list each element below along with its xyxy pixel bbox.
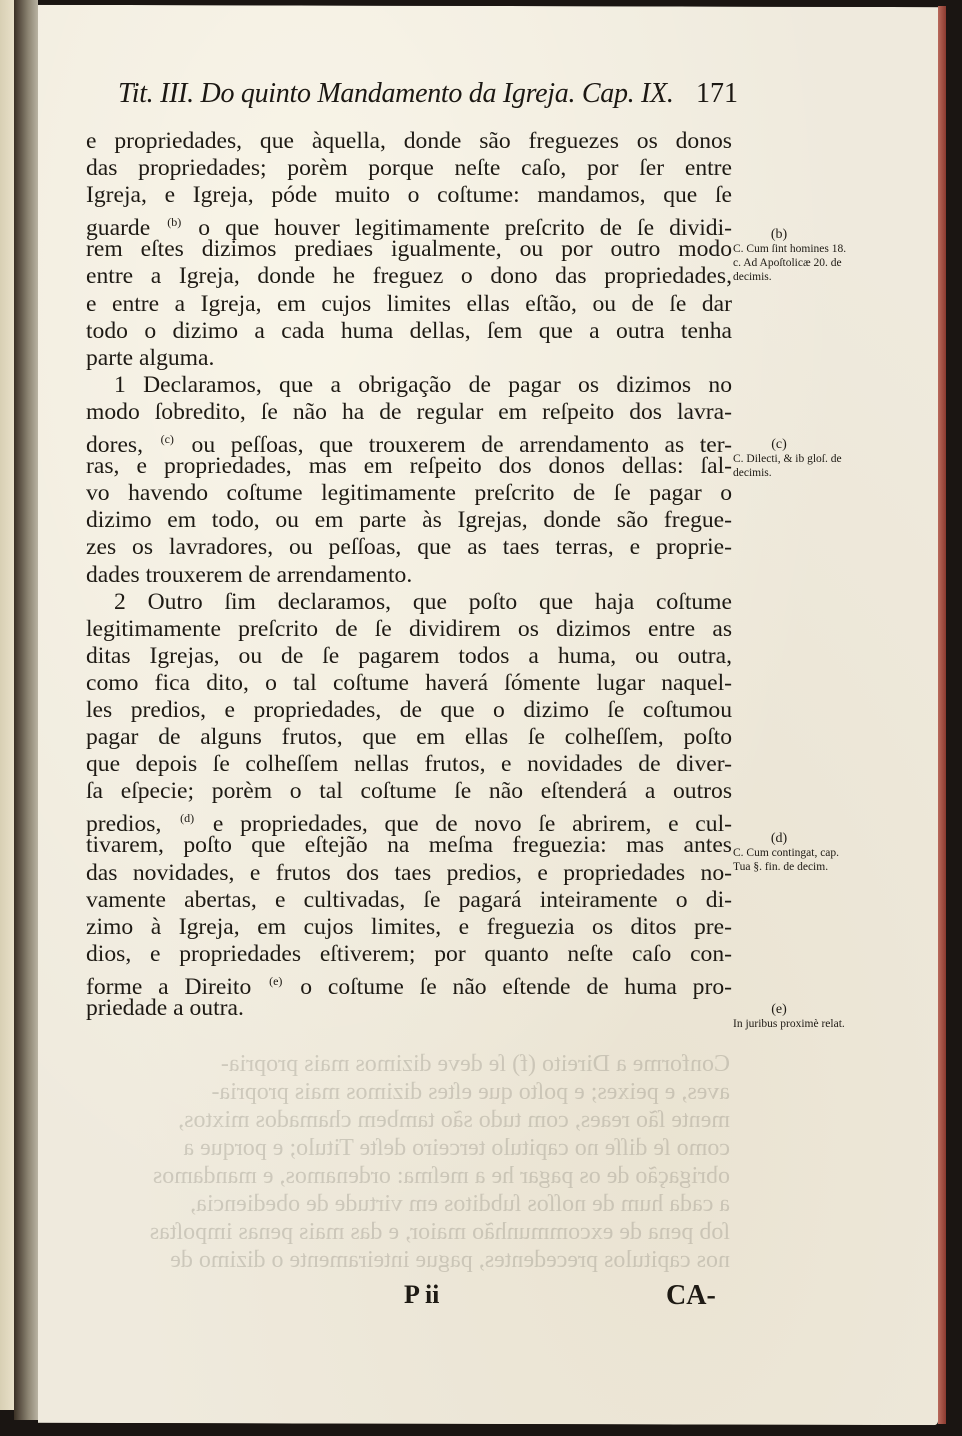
book-gutter: [14, 0, 38, 1420]
red-page-edge: [938, 6, 946, 1424]
text-line: que depois ſe colheſſem nellas frutos, e…: [86, 751, 732, 778]
text-line: forme a Direito (e) o coſtume ſe não eſt…: [86, 968, 732, 995]
scan-background: [946, 0, 962, 1436]
margin-note-e: (e) In juribus proximè relat.: [733, 1003, 853, 1031]
text-line: guarde (b) o que houver legitimamente pr…: [86, 209, 732, 236]
note-text: In juribus proximè relat.: [733, 1018, 845, 1030]
running-head: Tit. III. Do quinto Mandamento da Igreja…: [118, 78, 738, 114]
text-line: legitimamente preſcrito de ſe dividirem …: [86, 616, 732, 643]
note-mark: (b): [733, 228, 853, 242]
text-line: parte alguma.: [86, 345, 732, 372]
text-line: modo ſobredito, ſe não ha de regular em …: [86, 399, 732, 426]
margin-note-c: (c) C. Dilecti, & ib gloſ. de decimis.: [733, 438, 853, 480]
note-mark: (c): [733, 438, 853, 452]
note-mark: (e): [733, 1003, 853, 1017]
page-number: 171: [696, 78, 738, 110]
margin-note-b: (b) C. Cum ſint homines 18. c. Ad Apoſto…: [733, 228, 853, 284]
running-head-title: Tit. III. Do quinto Mandamento da Igreja…: [118, 78, 674, 110]
note-text: C. Cum ſint homines 18. c. Ad Apoſtolicæ…: [733, 243, 846, 283]
text-line: ras, e propriedades, mas em reſpeito dos…: [86, 453, 732, 480]
text-line: entre a Igreja, donde he freguez o dono …: [86, 263, 732, 290]
signature-mark: P ii: [404, 1280, 439, 1310]
text-line: e entre a Igreja, em cujos limites ellas…: [86, 291, 732, 318]
text-line: predios, (d) e propriedades, que de novo…: [86, 805, 732, 832]
facing-page-edge: [0, 0, 14, 1410]
text-line: vamente abertas, e cultivadas, ſe pagará…: [86, 887, 732, 914]
text-line: das propriedades; porèm porque neſte caſ…: [86, 155, 732, 182]
text-line: zes os lavradores, ou peſſoas, que as ta…: [86, 534, 732, 561]
text-line: ſa eſpecie; porèm o tal coſtume ſe não e…: [86, 778, 732, 805]
text-line: rem eſtes dizimos prediaes igualmente, o…: [86, 236, 732, 263]
note-text: C. Dilecti, & ib gloſ. de decimis.: [733, 453, 842, 479]
text-line: dades trouxerem de arrendamento.: [86, 562, 732, 589]
text-line: todo o dizimo a cada huma dellas, ſem qu…: [86, 318, 732, 345]
text-line: como fica dito, o tal coſtume haverá ſóm…: [86, 670, 732, 697]
footnote-ref: (d): [180, 811, 194, 825]
footnote-ref: (b): [167, 215, 181, 229]
text-line: vo havendo coſtume legitimamente preſcri…: [86, 480, 732, 507]
text-line: tivarem, poſto que eſtejão na meſma freg…: [86, 832, 732, 859]
text-line: dios, e propriedades eſtiverem; por quan…: [86, 941, 732, 968]
body-text: e propriedades, que àquella, donde são f…: [86, 128, 732, 1022]
margin-note-d: (d) C. Cum contingat, cap. Tua §. fin. d…: [733, 832, 853, 874]
note-text: C. Cum contingat, cap. Tua §. fin. de de…: [733, 847, 839, 873]
catchword: CA-: [666, 1280, 716, 1312]
text-line: 1 Declaramos, que a obrigação de pagar o…: [86, 372, 732, 399]
text-line: zimo à Igreja, em cujos limites, e fregu…: [86, 914, 732, 941]
note-mark: (d): [733, 832, 853, 846]
text-line: dizimo em todo, ou em parte às Igrejas, …: [86, 507, 732, 534]
text-line: Igreja, e Igreja, póde muito o coſtume: …: [86, 182, 732, 209]
text-line: 2 Outro ſim declaramos, que poſto que ha…: [86, 589, 732, 616]
text-line: les predios, e propriedades, de que o di…: [86, 697, 732, 724]
text-line: das novidades, e frutos dos taes predios…: [86, 860, 732, 887]
text-line: pagar de alguns frutos, que em ellas ſe …: [86, 724, 732, 751]
text-line: dores, (c) ou peſſoas, que trouxerem de …: [86, 426, 732, 453]
text-line: ditas Igrejas, ou de ſe pagarem todos a …: [86, 643, 732, 670]
text-line: e propriedades, que àquella, donde são f…: [86, 128, 732, 155]
footnote-ref: (c): [161, 432, 174, 446]
footnote-ref: (e): [269, 974, 282, 988]
